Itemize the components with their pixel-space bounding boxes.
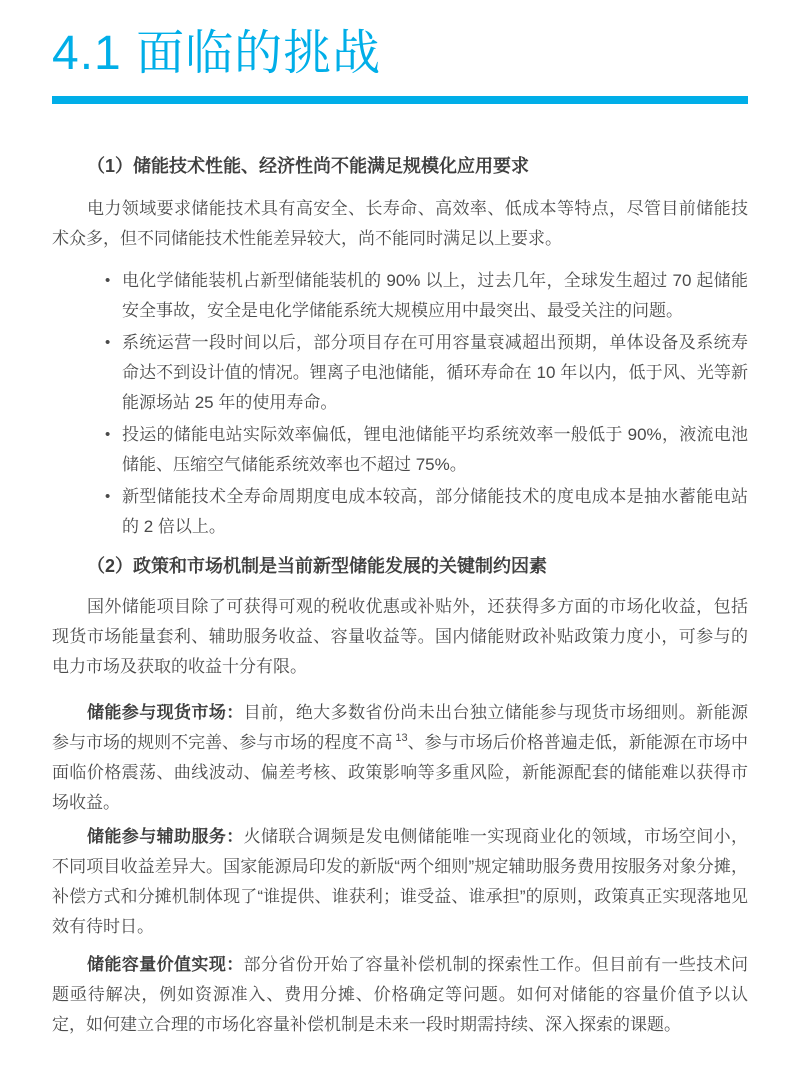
bullet-list: • 电化学储能装机占新型储能装机的 90% 以上，过去几年，全球发生超过 70 … bbox=[52, 266, 748, 542]
bullet-icon: • bbox=[105, 482, 110, 512]
paragraph-capacity-value: 储能容量价值实现：部分省份开始了容量补偿机制的探索性工作。但目前有一些技术问题亟… bbox=[52, 950, 748, 1040]
bullet-text: 电化学储能装机占新型储能装机的 90% 以上，过去几年，全球发生超过 70 起储… bbox=[122, 271, 748, 320]
title-divider bbox=[52, 96, 748, 104]
paragraph-ancillary-services: 储能参与辅助服务：火储联合调频是发电侧储能唯一实现商业化的领域，市场空间小，不同… bbox=[52, 822, 748, 942]
paragraph-lead: 储能参与辅助服务： bbox=[87, 827, 244, 846]
bullet-icon: • bbox=[105, 266, 110, 296]
bullet-icon: • bbox=[105, 328, 110, 358]
footnote-ref: 13 bbox=[395, 732, 407, 744]
paragraph: 国外储能项目除了可获得可观的税收优惠或补贴外，还获得多方面的市场化收益，包括现货… bbox=[52, 592, 748, 682]
bullet-icon: • bbox=[105, 420, 110, 450]
subsection-heading-1: （1）储能技术性能、经济性尚不能满足规模化应用要求 bbox=[52, 154, 748, 178]
paragraph: 电力领域要求储能技术具有高安全、长寿命、高效率、低成本等特点，尽管目前储能技术众… bbox=[52, 194, 748, 254]
document-page: 4.1 面临的挑战 （1）储能技术性能、经济性尚不能满足规模化应用要求 电力领域… bbox=[0, 0, 800, 1078]
paragraph-lead: 储能参与现货市场： bbox=[87, 703, 244, 722]
bullet-item: • 新型储能技术全寿命周期度电成本较高，部分储能技术的度电成本是抽水蓄能电站的 … bbox=[105, 482, 748, 542]
bullet-text: 投运的储能电站实际效率偏低，锂电池储能平均系统效率一般低于 90%，液流电池储能… bbox=[122, 425, 748, 474]
bullet-item: • 电化学储能装机占新型储能装机的 90% 以上，过去几年，全球发生超过 70 … bbox=[105, 266, 748, 326]
paragraph-spot-market: 储能参与现货市场：目前，绝大多数省份尚未出台独立储能参与现货市场细则。新能源参与… bbox=[52, 698, 748, 818]
page-content: （1）储能技术性能、经济性尚不能满足规模化应用要求 电力领域要求储能技术具有高安… bbox=[52, 154, 748, 1040]
paragraph-lead: 储能容量价值实现： bbox=[87, 955, 244, 974]
bullet-text: 系统运营一段时间以后，部分项目存在可用容量衰减超出预期，单体设备及系统寿命达不到… bbox=[122, 333, 748, 412]
subsection-heading-2: （2）政策和市场机制是当前新型储能发展的关键制约因素 bbox=[52, 554, 748, 578]
bullet-item: • 投运的储能电站实际效率偏低，锂电池储能平均系统效率一般低于 90%，液流电池… bbox=[105, 420, 748, 480]
bullet-text: 新型储能技术全寿命周期度电成本较高，部分储能技术的度电成本是抽水蓄能电站的 2 … bbox=[122, 487, 748, 536]
bullet-item: • 系统运营一段时间以后，部分项目存在可用容量衰减超出预期，单体设备及系统寿命达… bbox=[105, 328, 748, 418]
section-title: 4.1 面临的挑战 bbox=[52, 30, 748, 78]
